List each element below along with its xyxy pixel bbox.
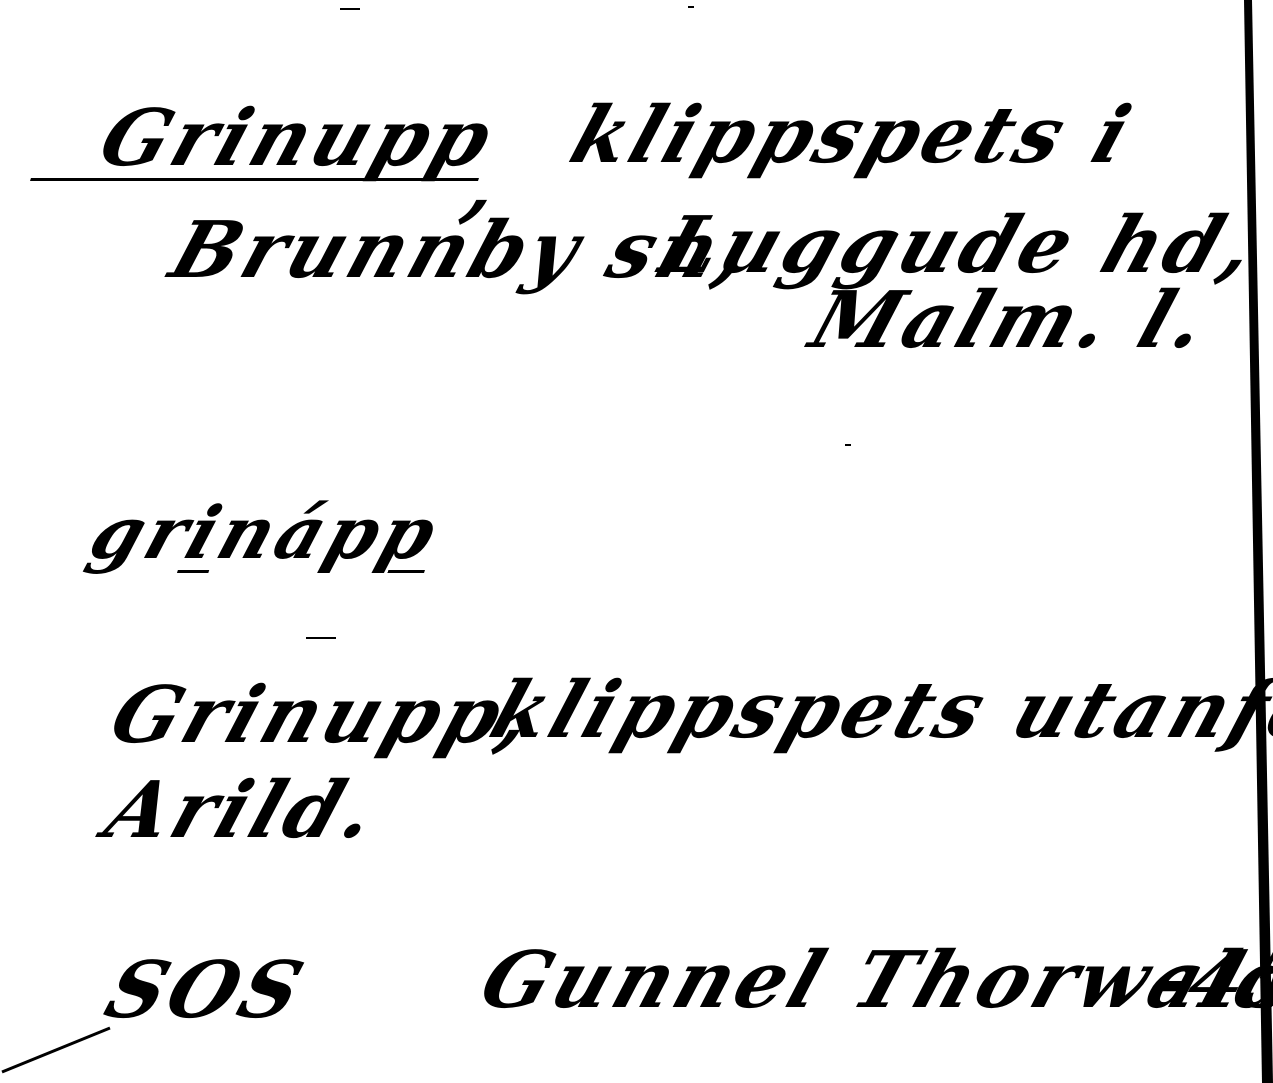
entry-2-line1-rest: klippspets utanför [480, 665, 1273, 756]
entry-2-place: Arild. [95, 765, 391, 856]
footer-code: SOS [95, 945, 317, 1036]
entry-1-county: Malm. l. [800, 275, 1222, 366]
scan-noise [306, 637, 336, 639]
document-card: Grinupp , klippspets i Brunnby sn, Luggu… [0, 0, 1273, 1083]
entry-1-headword: Grinupp [30, 100, 504, 181]
entry-1-line1-rest: klippspets i [560, 90, 1145, 181]
scan-noise [845, 444, 851, 446]
headword-text: Grinupp [89, 93, 506, 184]
scan-noise [340, 8, 360, 10]
scan-noise [688, 6, 694, 8]
entry-2-headword: Grinupp, [100, 670, 549, 761]
pronunciation: grinápp [80, 490, 451, 575]
